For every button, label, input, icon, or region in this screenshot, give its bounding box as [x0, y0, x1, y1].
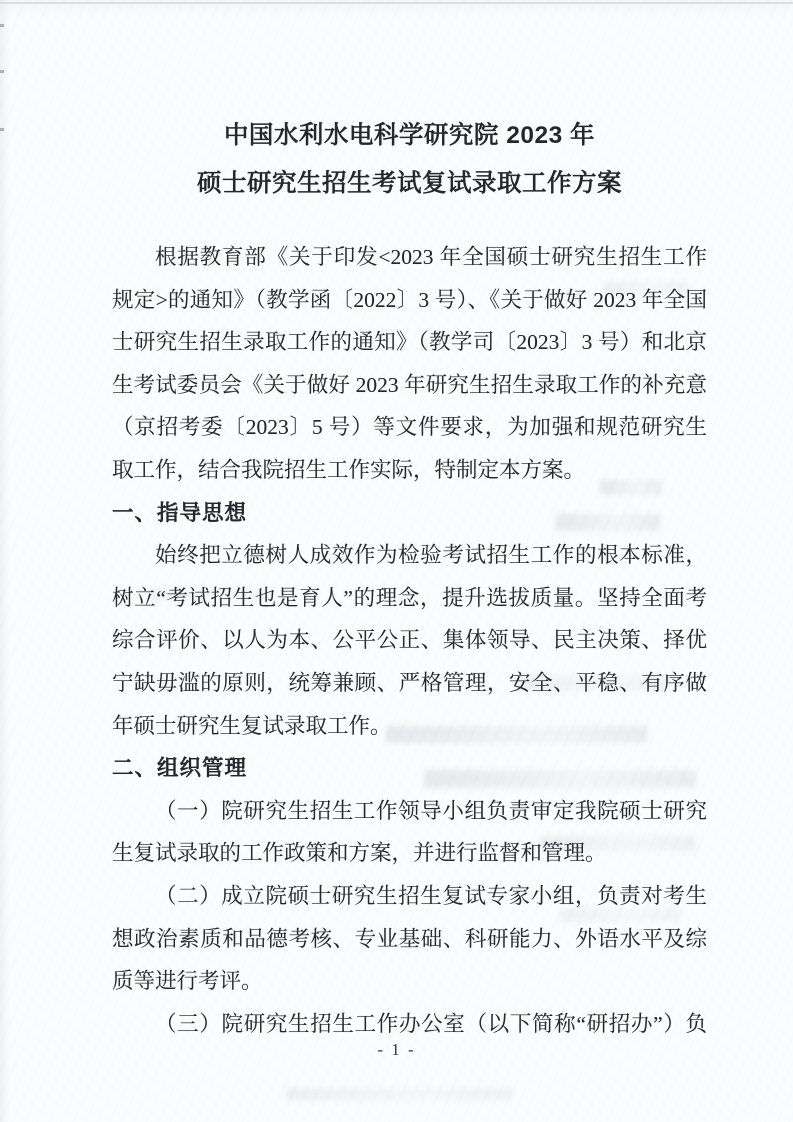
paragraph-org-item-2: （二）成立院硕士研究生招生复试专家小组，负责对考生的思想政治素质和品德考核、专业…	[112, 875, 707, 1003]
scan-edge-artifact	[0, 70, 4, 73]
bleed-through-artifact	[286, 1088, 512, 1100]
document-body: 根据教育部《关于印发<2023 年全国硕士研究生招生工作管理规定>的通知》（教学…	[112, 236, 707, 1045]
scan-edge-artifact	[0, 128, 4, 131]
paragraph-guiding-principles: 始终把立德树人成效作为检验考试招生工作的根本标准，牢固树立“考试招生也是育人”的…	[112, 534, 707, 747]
text-line: 士研究生招生录取工作的通知》（教学司〔2023〕3 号）和北京市招	[112, 321, 707, 364]
text-line: （二）成立院硕士研究生招生复试专家小组，负责对考生的思	[112, 875, 707, 918]
text-line: 取工作，结合我院招生工作实际，特制定本方案。	[112, 449, 707, 492]
paragraph-org-item-1: （一）院研究生招生工作领导小组负责审定我院硕士研究生招生复试录取的工作政策和方案…	[112, 790, 707, 875]
document-title-line-1: 中国水利水电科学研究院 2023 年	[112, 112, 707, 160]
text-line: 年硕士研究生复试录取工作。	[112, 705, 707, 748]
text-line: （三）院研究生招生工作办公室（以下简称“研招办”）负责	[112, 1003, 707, 1046]
text-line: 树立“考试招生也是育人”的理念，提升选拔质量。坚持全面考察、	[112, 577, 707, 620]
text-line: 宁缺毋滥的原则，统筹兼顾、严格管理，安全、平稳、有序做好 2023	[112, 662, 707, 705]
scan-edge-artifact	[0, 24, 4, 27]
section-heading-2: 二、组织管理	[112, 747, 707, 790]
document-title: 中国水利水电科学研究院 2023 年 硕士研究生招生考试复试录取工作方案	[112, 112, 707, 208]
section-heading-1: 一、指导思想	[112, 492, 707, 535]
paragraph-intro: 根据教育部《关于印发<2023 年全国硕士研究生招生工作管理规定>的通知》（教学…	[112, 236, 707, 492]
text-line: 质等进行考评。	[112, 960, 707, 1003]
text-line: （一）院研究生招生工作领导小组负责审定我院硕士研究生招	[112, 790, 707, 833]
text-line: （京招考委〔2023〕5 号）等文件要求，为加强和规范研究生复试录	[112, 406, 707, 449]
text-line: 规定>的通知》（教学函〔2022〕3 号）、《关于做好 2023 年全国硕	[112, 279, 707, 322]
text-line: 根据教育部《关于印发<2023 年全国硕士研究生招生工作管理	[112, 236, 707, 279]
text-line: 生复试录取的工作政策和方案，并进行监督和管理。	[112, 832, 707, 875]
document-title-line-2: 硕士研究生招生考试复试录取工作方案	[112, 160, 707, 208]
text-line: 始终把立德树人成效作为检验考试招生工作的根本标准，牢固	[112, 534, 707, 577]
text-line: 生考试委员会《关于做好 2023 年研究生招生录取工作的补充意见》	[112, 364, 707, 407]
scan-edge-line	[0, 2, 793, 4]
paragraph-org-item-3: （三）院研究生招生工作办公室（以下简称“研招办”）负责	[112, 1003, 707, 1046]
scanned-document-page: 中国水利水电科学研究院 2023 年 硕士研究生招生考试复试录取工作方案 根据教…	[0, 0, 793, 1122]
text-line: 想政治素质和品德考核、专业基础、科研能力、外语水平及综合素	[112, 918, 707, 961]
text-line: 综合评价、以人为本、公平公正、集体领导、民主决策、择优录取、	[112, 619, 707, 662]
page-number: - 1 -	[0, 1040, 793, 1060]
